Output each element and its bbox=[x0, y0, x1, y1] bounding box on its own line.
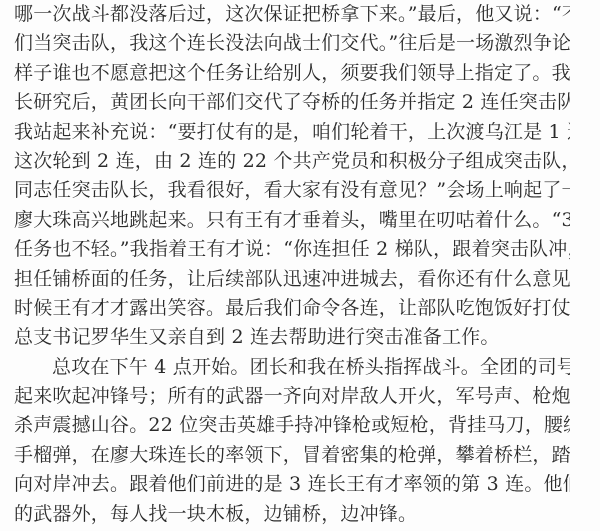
text-line: 手榴弹，在廖大珠连长的率领下，冒着密集的枪弹，攀着桥栏，踏着铁索 bbox=[14, 441, 570, 470]
text-line: 任务也不轻。”我指着王有才说：“你连担任 2 梯队，跟着突击队冲，还要 bbox=[14, 235, 570, 264]
text-line: 这次轮到 2 连，由 2 连的 22 个共产党员和积极分子组成突击队，廖大珠 bbox=[14, 147, 570, 176]
paragraph-2: 总攻在下午 4 点开始。团长和我在桥头指挥战斗。全团的司号员集中 起来吹起冲锋号… bbox=[14, 353, 570, 529]
text-line: 担任铺桥面的任务，让后续部队迅速冲进城去，看你还有什么意见？”这 bbox=[14, 265, 570, 294]
text-line: 时候王有才才露出笑容。最后我们命令各连，让部队吃饱饭好打仗。会后， bbox=[14, 294, 570, 323]
text-line: 同志任突击队长，我看很好，看大家有没有意见？”会场上响起了一片掌声。 bbox=[14, 176, 570, 205]
text-line: 杀声震撼山谷。22 位突击英雄手持冲锋枪或短枪，背挂马刀，腰缠 12 颗 bbox=[14, 411, 570, 440]
text-line: 们当突击队，我这个连长没法向战士们交代。”往后是一场激烈争论，看 bbox=[14, 29, 570, 58]
document-page: 哪一次战斗都没落后过，这次保证把桥拿下来。”最后，他又说：“不叫我 们当突击队，… bbox=[14, 0, 570, 529]
text-line: 哪一次战斗都没落后过，这次保证把桥拿下来。”最后，他又说：“不叫我 bbox=[14, 0, 570, 29]
text-line: 长研究后，黄团长向干部们交代了夺桥的任务并指定 2 连任突击队。接着 bbox=[14, 88, 570, 117]
text-line: 的武器外，每人找一块木板，边铺桥，边冲锋。 bbox=[14, 500, 570, 529]
text-line: 廖大珠高兴地跳起来。只有王有才垂着头，嘴里在叨咕着什么。“3 连的 bbox=[14, 206, 570, 235]
text-line: 总支书记罗华生又亲自到 2 连去帮助进行突击准备工作。 bbox=[14, 323, 570, 352]
text-line: 向对岸冲去。跟着他们前进的是 3 连长王有才率领的第 3 连。他们除携带 bbox=[14, 470, 570, 499]
text-line: 起来吹起冲锋号；所有的武器一齐向对岸敌人开火，军号声、枪炮声、喊 bbox=[14, 382, 570, 411]
text-line: 样子谁也不愿意把这个任务让给别人，须要我们领导上指定了。我和团 bbox=[14, 59, 570, 88]
text-line: 我站起来补充说：“要打仗有的是，咱们轮着干，上次渡乌江是 1 连打头， bbox=[14, 118, 570, 147]
text-line: 总攻在下午 4 点开始。团长和我在桥头指挥战斗。全团的司号员集中 bbox=[14, 353, 570, 382]
paragraph-1: 哪一次战斗都没落后过，这次保证把桥拿下来。”最后，他又说：“不叫我 们当突击队，… bbox=[14, 0, 570, 353]
